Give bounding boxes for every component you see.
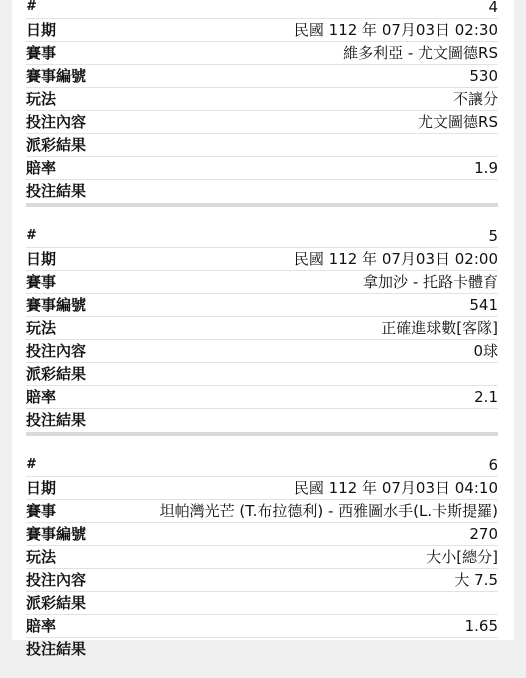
index-label: #: [26, 454, 35, 476]
row-match-no: 賽事編號 270: [26, 523, 498, 546]
bet-content-label: 投注內容: [26, 569, 86, 591]
card-separator: [26, 432, 498, 436]
bet-history-panel: # 4 日期 民國 112 年 07月03日 02:30 賽事 維多利亞 - 尤…: [12, 0, 514, 640]
odds-value: 2.1: [474, 386, 498, 408]
card-separator: [26, 203, 498, 207]
bet-content-value: 0球: [473, 340, 498, 362]
index-label: #: [26, 0, 35, 18]
row-bet-result: 投注結果: [26, 180, 498, 202]
bet-card: # 6 日期 民國 112 年 07月03日 04:10 賽事 坦帕灣光芒 (T…: [26, 454, 498, 640]
row-match-no: 賽事編號 530: [26, 65, 498, 88]
row-odds: 賠率 1.9: [26, 157, 498, 180]
row-payout-result: 派彩結果: [26, 134, 498, 157]
row-match: 賽事 坦帕灣光芒 (T.布拉德利) - 西雅圖水手(L.卡斯提羅): [26, 500, 498, 523]
match-no-value: 541: [469, 294, 498, 316]
index-value: 6: [488, 454, 498, 476]
match-value: 維多利亞 - 尤文圖德RS: [343, 42, 498, 64]
row-payout-result: 派彩結果: [26, 592, 498, 615]
play-type-value: 正確進球數[客隊]: [381, 317, 498, 339]
row-match-no: 賽事編號 541: [26, 294, 498, 317]
match-no-value: 530: [469, 65, 498, 87]
payout-result-label: 派彩結果: [26, 134, 86, 156]
index-value: 4: [488, 0, 498, 18]
bet-content-label: 投注內容: [26, 340, 86, 362]
row-bet-result: 投注結果: [26, 409, 498, 431]
odds-label: 賠率: [26, 157, 56, 179]
payout-result-label: 派彩結果: [26, 363, 86, 385]
index-label: #: [26, 225, 35, 247]
row-date: 日期 民國 112 年 07月03日 04:10: [26, 477, 498, 500]
bet-result-label: 投注結果: [26, 409, 86, 431]
payout-result-label: 派彩結果: [26, 592, 86, 614]
row-match: 賽事 拿加沙 - 托路卡體育: [26, 271, 498, 294]
row-payout-result: 派彩結果: [26, 363, 498, 386]
bet-list: # 4 日期 民國 112 年 07月03日 02:30 賽事 維多利亞 - 尤…: [26, 0, 498, 640]
row-date: 日期 民國 112 年 07月03日 02:30: [26, 19, 498, 42]
bet-result-label: 投注結果: [26, 180, 86, 202]
row-date: 日期 民國 112 年 07月03日 02:00: [26, 248, 498, 271]
bet-card: # 5 日期 民國 112 年 07月03日 02:00 賽事 拿加沙 - 托路…: [26, 225, 498, 436]
row-bet-content: 投注內容 尤文圖德RS: [26, 111, 498, 134]
match-value: 坦帕灣光芒 (T.布拉德利) - 西雅圖水手(L.卡斯提羅): [160, 500, 498, 522]
row-index: # 5: [26, 225, 498, 248]
row-match: 賽事 維多利亞 - 尤文圖德RS: [26, 42, 498, 65]
row-index: # 4: [26, 0, 498, 19]
match-label: 賽事: [26, 42, 56, 64]
match-label: 賽事: [26, 500, 56, 522]
play-type-value: 不讓分: [453, 88, 498, 110]
play-type-label: 玩法: [26, 546, 56, 568]
play-type-label: 玩法: [26, 317, 56, 339]
play-type-value: 大小[總分]: [426, 546, 498, 568]
row-bet-content: 投注內容 大 7.5: [26, 569, 498, 592]
match-label: 賽事: [26, 271, 56, 293]
row-index: # 6: [26, 454, 498, 477]
odds-label: 賠率: [26, 615, 56, 637]
match-no-label: 賽事編號: [26, 65, 86, 87]
play-type-label: 玩法: [26, 88, 56, 110]
row-odds: 賠率 2.1: [26, 386, 498, 409]
odds-value: 1.9: [474, 157, 498, 179]
row-play-type: 玩法 大小[總分]: [26, 546, 498, 569]
row-odds: 賠率 1.65: [26, 615, 498, 638]
bet-content-value: 尤文圖德RS: [418, 111, 498, 133]
odds-label: 賠率: [26, 386, 56, 408]
match-no-value: 270: [469, 523, 498, 545]
bet-content-value: 大 7.5: [454, 569, 498, 591]
date-label: 日期: [26, 477, 56, 499]
index-value: 5: [488, 225, 498, 247]
date-value: 民國 112 年 07月03日 02:00: [294, 248, 498, 270]
bet-card: # 4 日期 民國 112 年 07月03日 02:30 賽事 維多利亞 - 尤…: [26, 0, 498, 207]
date-label: 日期: [26, 248, 56, 270]
date-value: 民國 112 年 07月03日 02:30: [294, 19, 498, 41]
match-no-label: 賽事編號: [26, 294, 86, 316]
match-no-label: 賽事編號: [26, 523, 86, 545]
row-play-type: 玩法 正確進球數[客隊]: [26, 317, 498, 340]
bet-content-label: 投注內容: [26, 111, 86, 133]
match-value: 拿加沙 - 托路卡體育: [363, 271, 498, 293]
row-play-type: 玩法 不讓分: [26, 88, 498, 111]
date-value: 民國 112 年 07月03日 04:10: [294, 477, 498, 499]
odds-value: 1.65: [465, 615, 498, 637]
date-label: 日期: [26, 19, 56, 41]
row-bet-content: 投注內容 0球: [26, 340, 498, 363]
